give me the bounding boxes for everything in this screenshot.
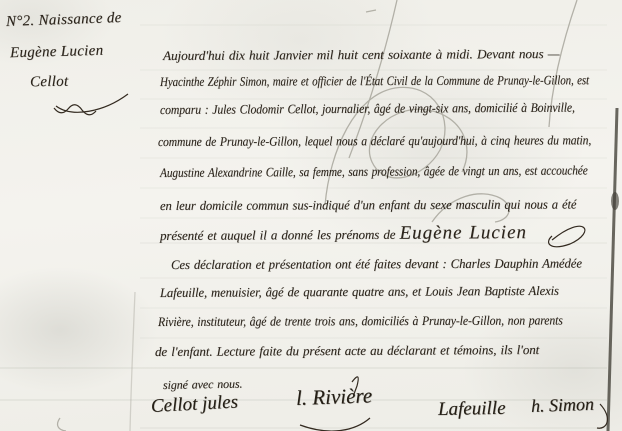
- body-line-7-prefix: présenté et auquel il a donné les prénom…: [160, 227, 400, 243]
- body-line-3: comparu : Jules Clodomir Cellot, journal…: [160, 100, 575, 118]
- body-line-11: de l'enfant. Lecture faite du présent ac…: [155, 342, 539, 360]
- body-line-12: signé avec nous.: [163, 377, 243, 393]
- margin-flourish: [56, 94, 128, 112]
- signature-lafeuille: Lafeuille: [438, 398, 506, 421]
- body-line-9: Lafeuille, menuisier, âgé de quarante qu…: [160, 283, 559, 301]
- margin-child-surname: Cellot: [30, 74, 69, 92]
- body-line-6: en leur domicile commun sus-indiqué d'un…: [160, 197, 576, 214]
- body-line-8: Ces déclaration et présentation ont été …: [171, 256, 582, 273]
- body-line-10: Rivière, instituteur, âgé de trente troi…: [158, 312, 563, 330]
- signature-simon: h. Simon: [531, 394, 595, 417]
- names-paraph: [549, 226, 585, 246]
- riviere-tail-flourish: [300, 418, 370, 431]
- simon-tail-flourish: [597, 404, 607, 428]
- margin-squiggle: [54, 105, 96, 115]
- margin-record-title: N°2. Naissance de: [6, 10, 122, 31]
- child-given-names: Eugène Lucien: [399, 222, 527, 244]
- pencil-strokes: [58, 0, 577, 431]
- page-edge-line: [608, 108, 619, 431]
- page-marks-overlay: [0, 0, 622, 431]
- signature-riviere: l. Rivière: [296, 383, 373, 411]
- body-line-5: Augustine Alexandrine Caille, sa femme, …: [160, 162, 588, 181]
- body-line-1: Aujourd'hui dix huit Janvier mil huit ce…: [163, 46, 559, 64]
- body-line-7: présenté et auquel il a donné les prénom…: [160, 222, 527, 246]
- register-page: N°2. Naissance de Eugène Lucien Cellot A…: [0, 0, 622, 431]
- margin-child-names: Eugène Lucien: [10, 43, 104, 62]
- signature-cellot: Cellot jules: [150, 391, 238, 418]
- body-line-4: commune de Prunay-le-Gillon, lequel nous…: [158, 132, 591, 150]
- body-line-2: Hyacinthe Zéphir Simon, maire et officie…: [160, 72, 589, 90]
